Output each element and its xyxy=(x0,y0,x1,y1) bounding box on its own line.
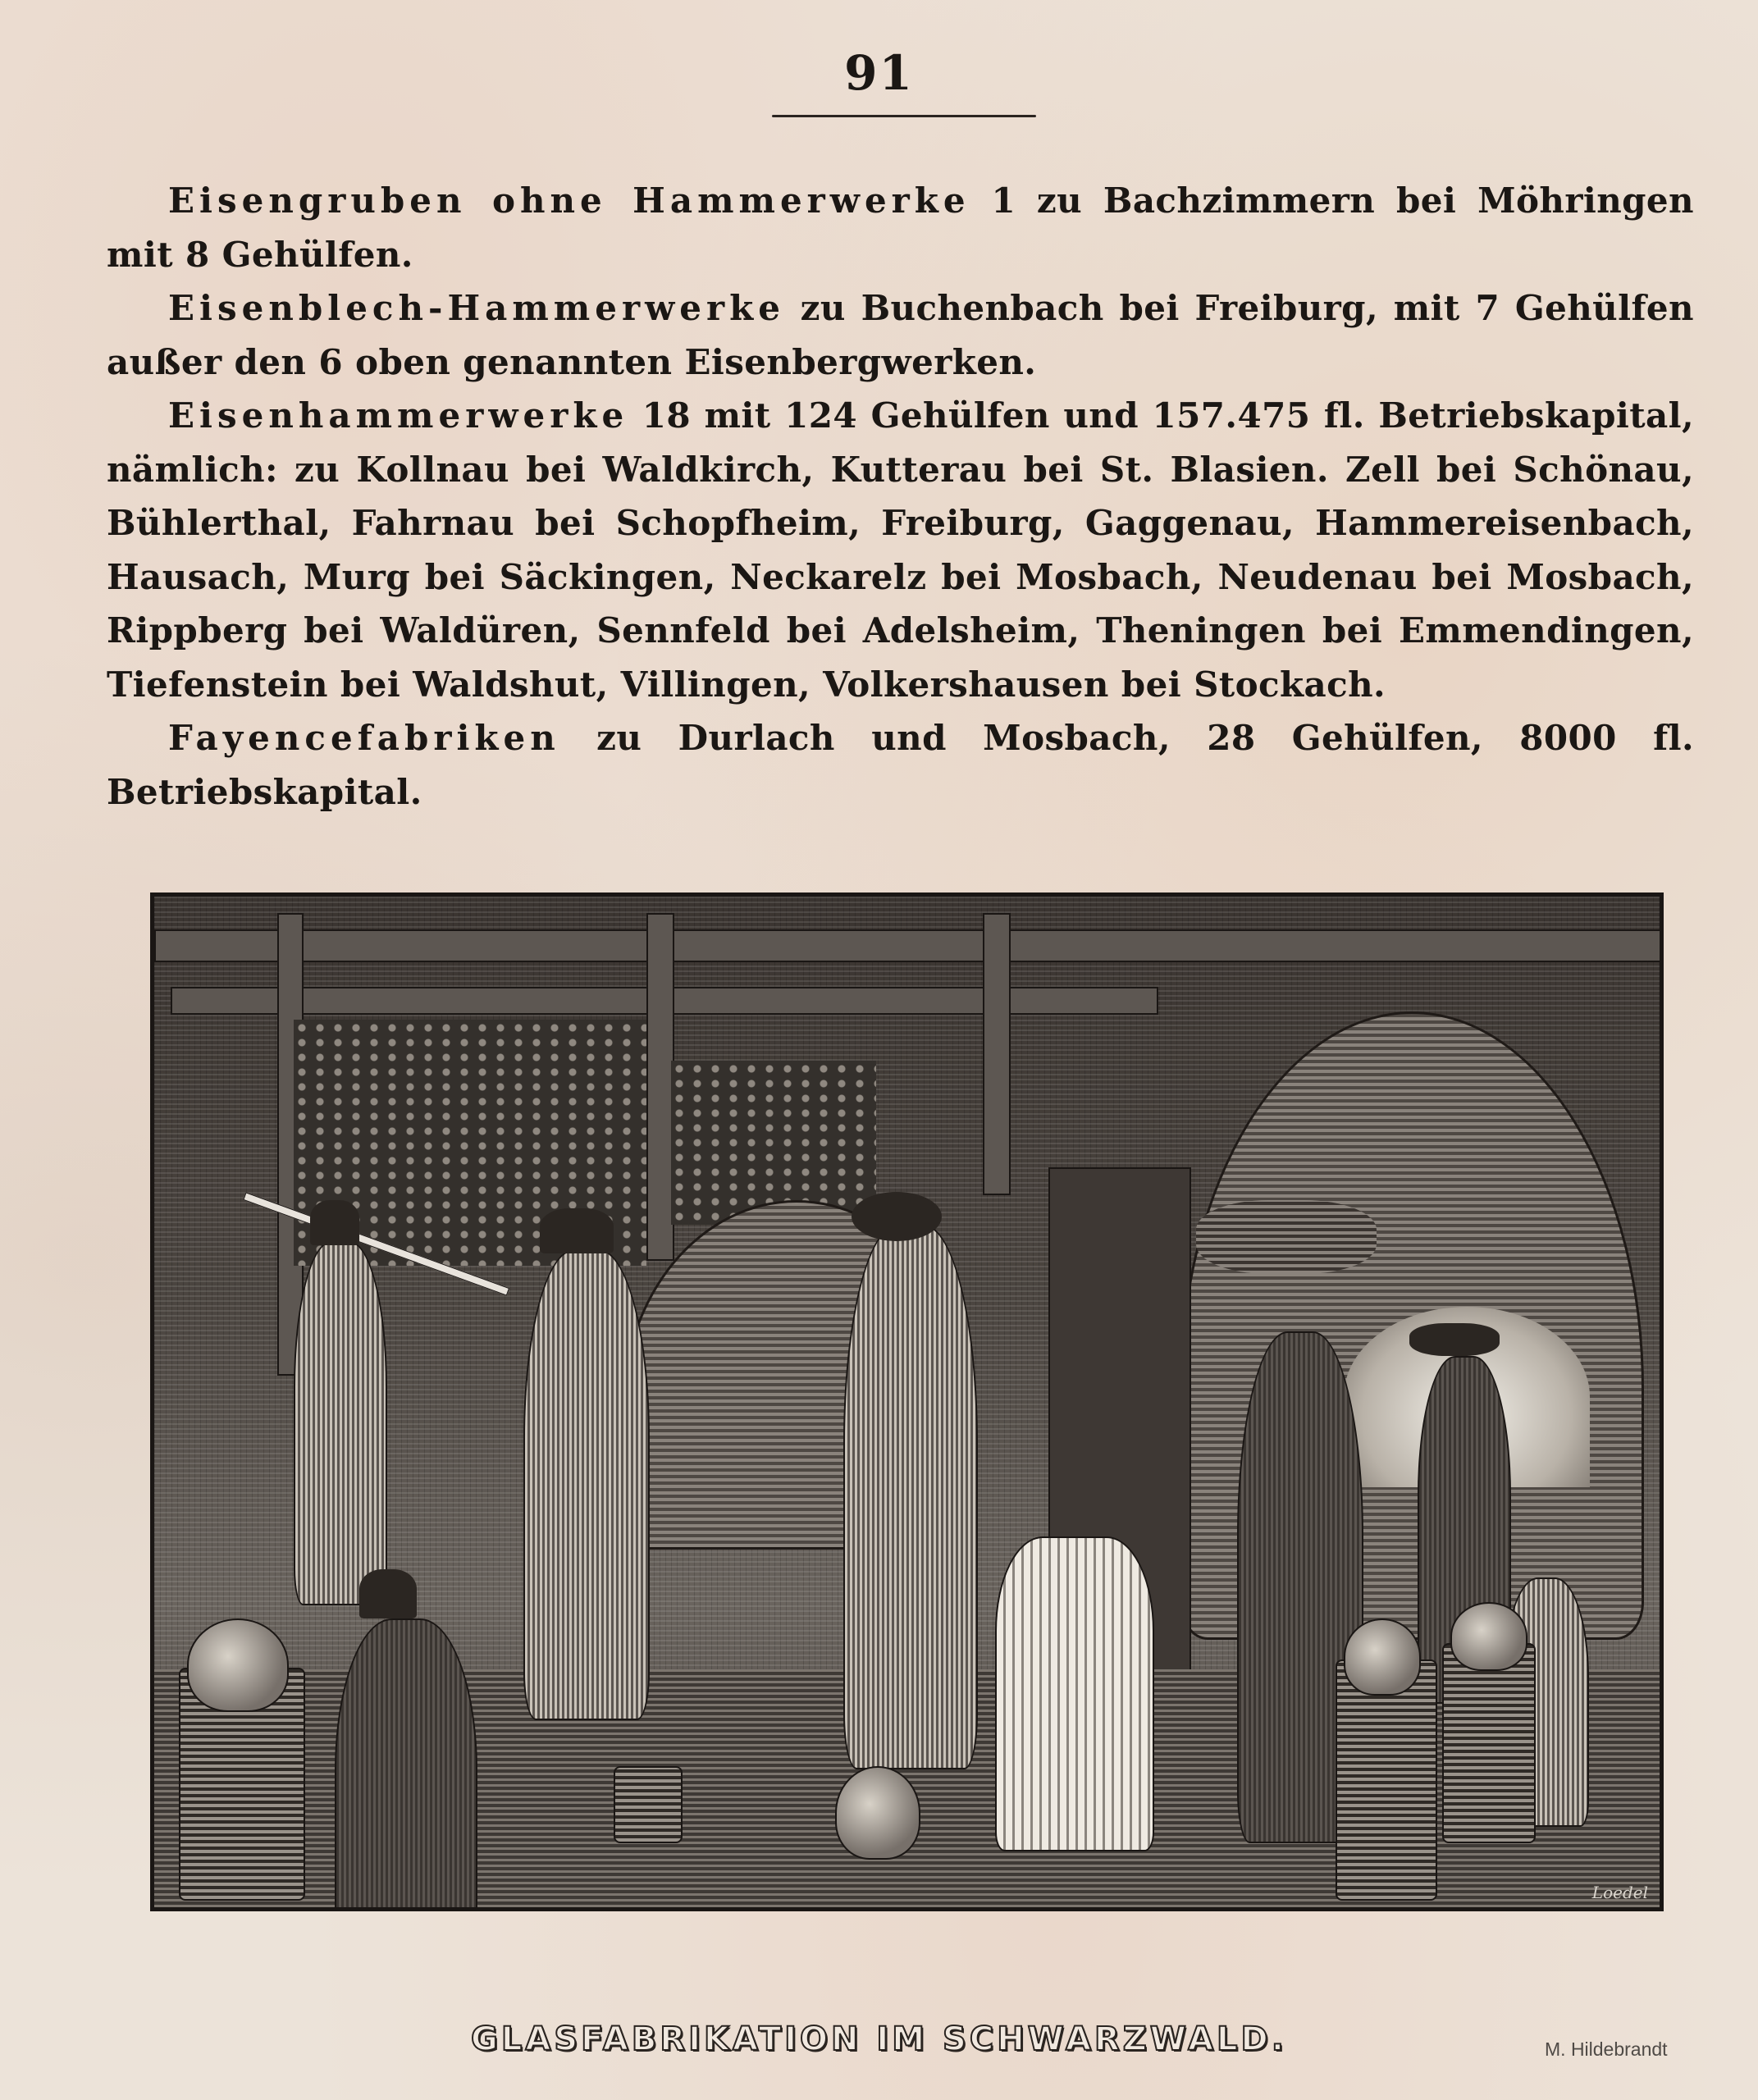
top-hat xyxy=(310,1200,359,1245)
glass-bottle xyxy=(1450,1602,1527,1671)
engraver-signature: Loedel xyxy=(1592,1883,1648,1902)
paragraph-lead: Fayencefabriken xyxy=(168,718,560,758)
page-number: 91 xyxy=(0,45,1758,101)
header-rule xyxy=(772,115,1036,117)
bucket xyxy=(614,1766,683,1843)
paragraph-eisenhammerwerke: Eisenhammerwerke 18 mit 124 Gehülfen und… xyxy=(107,389,1694,711)
cloth-bundle xyxy=(995,1536,1154,1851)
firewood-pile xyxy=(671,1061,876,1225)
glassblower-figure xyxy=(523,1249,650,1720)
roof-beam xyxy=(154,929,1663,962)
paragraph-lead: Eisenblech-Hammerwerke xyxy=(168,288,785,328)
glass-flask xyxy=(835,1766,920,1860)
paragraph-body: 18 mit 124 Gehülfen und 157.475 fl. Betr… xyxy=(107,395,1694,705)
paragraph-eisengruben: Eisengruben ohne Hammerwerke 1 zu Bachzi… xyxy=(107,174,1694,281)
glass-bottle xyxy=(1344,1618,1421,1696)
body-text: Eisengruben ohne Hammerwerke 1 zu Bachzi… xyxy=(107,174,1694,819)
paragraph-eisenblech: Eisenblech-Hammerwerke zu Buchenbach bei… xyxy=(107,281,1694,389)
boy-with-board-figure xyxy=(335,1618,477,1911)
paragraph-lead: Eisenhammerwerke xyxy=(168,395,628,436)
post xyxy=(983,913,1011,1195)
hat xyxy=(540,1208,614,1253)
glassworks-engraving: Loedel xyxy=(150,892,1664,1911)
scan-credit: M. Hildebrandt xyxy=(1545,2038,1668,2061)
post xyxy=(646,913,674,1261)
illustration-caption: GLASFABRIKATION IM SCHWARZWALD. xyxy=(0,2020,1758,2058)
wide-hat xyxy=(1409,1323,1500,1356)
worker-figure xyxy=(294,1241,387,1605)
basket-on-head xyxy=(1196,1200,1377,1274)
paragraph-fayencefabriken: Fayencefabriken zu Durlach und Mosbach, … xyxy=(107,711,1694,819)
straw-hat xyxy=(852,1192,942,1241)
top-hat xyxy=(359,1569,417,1618)
barrel xyxy=(1336,1659,1437,1901)
glassblower-center-figure xyxy=(843,1225,978,1769)
paragraph-lead: Eisengruben ohne Hammerwerke xyxy=(168,180,970,221)
barrel xyxy=(1442,1643,1536,1843)
glass-bottle xyxy=(187,1618,289,1712)
